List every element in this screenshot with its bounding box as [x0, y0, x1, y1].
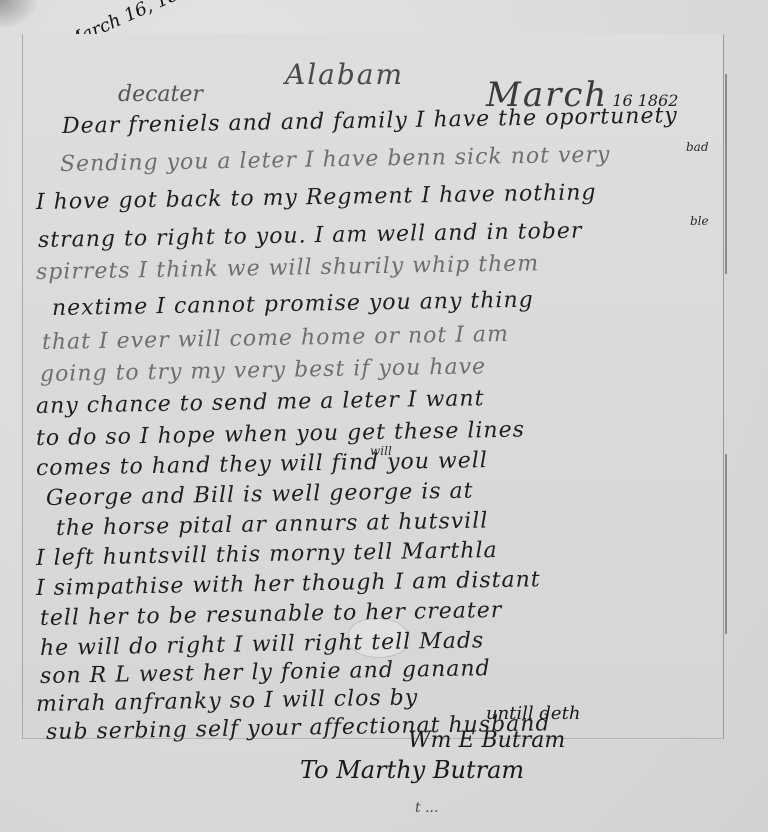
interlinear-insertion: ble: [690, 214, 709, 228]
page-edge: [719, 74, 727, 274]
closing-until-death: untill deth: [486, 703, 580, 724]
interlinear-insertion: will: [370, 444, 392, 458]
trailing-mark: t ...: [415, 800, 438, 816]
page-edge: [719, 454, 727, 634]
letter-state: Alabam: [285, 58, 404, 91]
scanned-letter: March 16, 1862 decater Alabam March16 18…: [0, 0, 768, 832]
signature-writer: Wm E Butram: [408, 728, 565, 753]
letter-place: decater: [118, 82, 203, 107]
interlinear-insertion: bad: [686, 140, 709, 154]
recipient-name: To Marthy Butram: [300, 756, 524, 784]
